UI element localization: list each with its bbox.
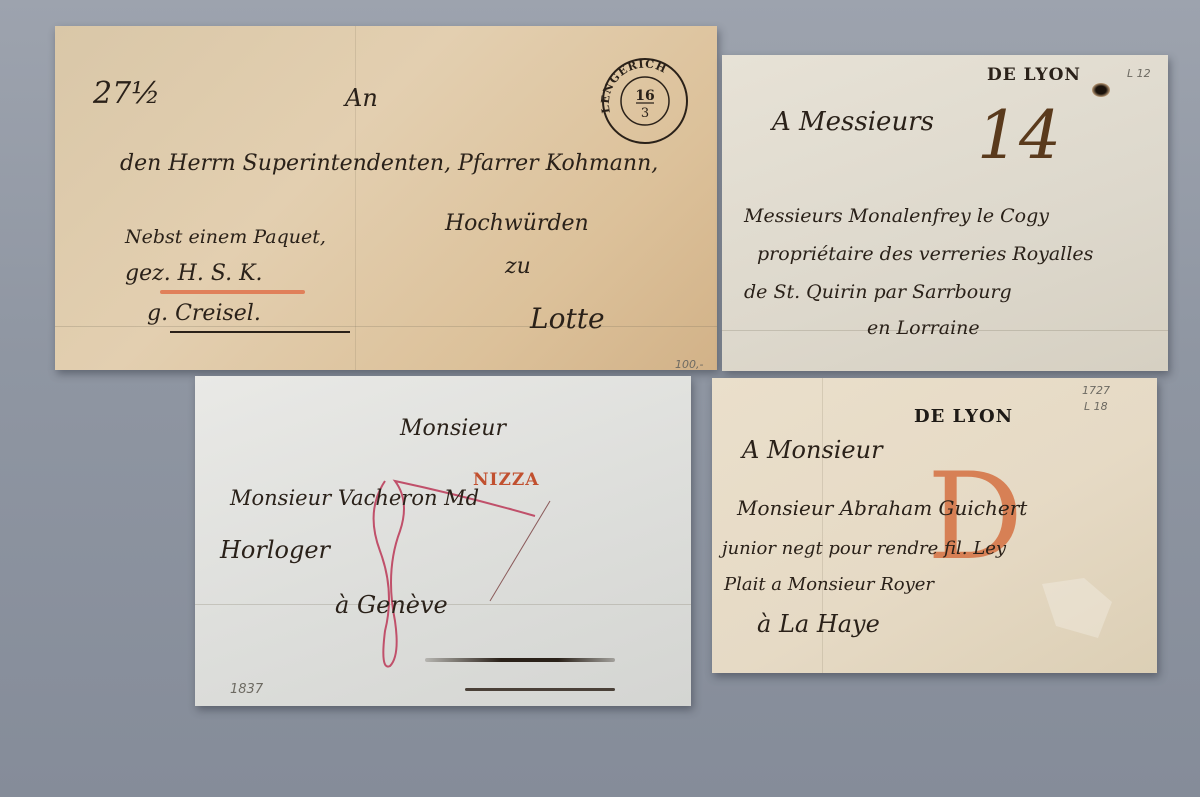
pencil-note: 100,- xyxy=(675,358,703,370)
address-line: An xyxy=(345,84,378,112)
address-line: den Herrn Superintendenten, Pfarrer Kohm… xyxy=(120,151,658,176)
sender-note: g. Creisel. xyxy=(147,301,261,326)
address-line: à Genève xyxy=(335,591,448,619)
pencil-note-year: 1837 xyxy=(230,682,263,697)
address-line: Hochwürden xyxy=(445,211,589,236)
postmark-de-lyon: DE LYON xyxy=(987,65,1081,85)
paper-tear xyxy=(1042,578,1112,638)
pencil-stroke xyxy=(485,496,555,606)
ink-blot xyxy=(1092,83,1110,97)
ink-underline xyxy=(170,331,350,333)
address-line: en Lorraine xyxy=(867,317,980,339)
address-line: Monsieur Vacheron Md xyxy=(230,486,479,510)
rate-marking: 14 xyxy=(977,97,1061,174)
cover-nizza: NIZZA Monsieur Monsieur Vacheron Md Horl… xyxy=(195,376,691,706)
address-line: A Monsieur xyxy=(742,436,883,464)
address-line: Monsieur Abraham Guichert xyxy=(737,496,1027,520)
address-line: à La Haye xyxy=(757,610,880,638)
cover-lengerich: LENGERICH 16 3 27½ An den Herrn Superint… xyxy=(55,26,717,370)
fold-line xyxy=(355,26,356,370)
postmark-de-lyon: DE LYON xyxy=(914,406,1013,427)
svg-text:3: 3 xyxy=(641,106,649,121)
address-line: A Messieurs xyxy=(772,107,934,137)
address-line: junior negt pour rendre fil. Ley xyxy=(722,538,1006,559)
address-line: Monsieur xyxy=(400,416,506,441)
fold-line xyxy=(55,326,717,327)
ink-underline xyxy=(425,658,615,662)
sender-note: gez. H. S. K. xyxy=(125,261,263,286)
cover-lyon-lower: DE LYON 1727 L 18 D A Monsieur Monsieur … xyxy=(712,378,1157,673)
svg-text:16: 16 xyxy=(635,88,654,104)
rate-marking: 27½ xyxy=(93,76,160,111)
sender-note: Nebst einem Paquet, xyxy=(125,226,326,248)
address-line: de St. Quirin par Sarrbourg xyxy=(744,281,1012,303)
ink-underline xyxy=(465,688,615,691)
pencil-note: L 18 xyxy=(1084,400,1108,413)
pencil-note: 1727 xyxy=(1082,384,1110,397)
address-line: propriétaire des verreries Royalles xyxy=(757,243,1093,265)
address-line: Messieurs Monalenfrey le Cogy xyxy=(744,205,1049,227)
address-line: Horloger xyxy=(220,536,330,564)
red-underline xyxy=(160,290,305,294)
cover-lyon-upper: DE LYON L 12 14 A Messieurs Messieurs Mo… xyxy=(722,55,1168,371)
address-line: zu xyxy=(505,254,531,279)
postmark-circle-icon: LENGERICH 16 3 xyxy=(600,56,690,146)
address-line: Plait a Monsieur Royer xyxy=(724,574,934,595)
address-line: Lotte xyxy=(530,302,605,335)
pencil-note: L 12 xyxy=(1127,67,1151,80)
svg-text:LENGERICH: LENGERICH xyxy=(600,57,669,114)
